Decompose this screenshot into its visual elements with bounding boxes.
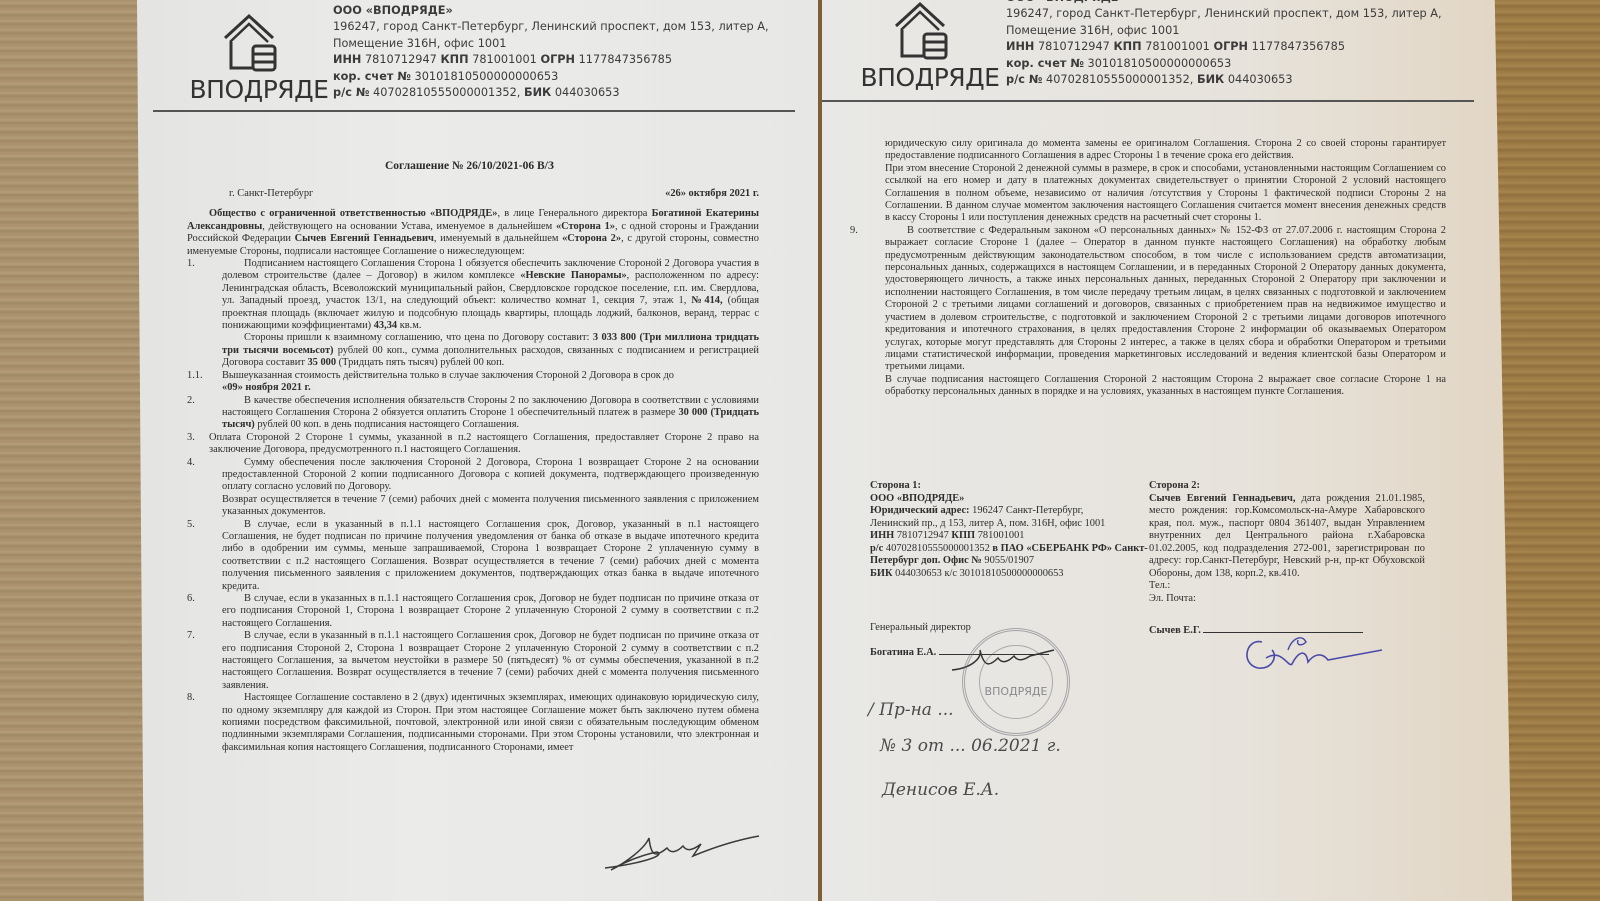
clause-8-continued: юридическую силу оригинала до момента за… xyxy=(850,138,1446,225)
company-address-line2: Помещение 316Н, офис 1001 xyxy=(1006,23,1442,39)
clause-1-price: Стороны пришли к взаимному соглашению, ч… xyxy=(222,332,759,369)
agreement-page-2: ВПОДРЯДЕ ООО «ВПОДРЯДЕ» 196247, город Са… xyxy=(822,0,1512,901)
party1-bik: БИК 044030653 к/с 30101810500000000653 xyxy=(870,568,1150,581)
party1-ids: ИНН 7810712947 КПП 781001001 xyxy=(870,530,1150,543)
agreement-body-page1: г. Санкт-Петербург «26» октября 2021 г. … xyxy=(187,188,759,754)
company-logo: ВПОДРЯДЕ xyxy=(860,0,1000,92)
clause-7: 7. В случае, если в указанный в п.1.1 на… xyxy=(187,630,759,692)
handwritten-signature-icon xyxy=(597,826,767,876)
clause-3: 3. Оплата Стороной 2 Стороне 1 суммы, ук… xyxy=(187,432,759,457)
company-name: ООО «ВПОДРЯДЕ» xyxy=(1006,0,1126,4)
company-ids: ИНН 7810712947 КПП 781001001 ОГРН 117784… xyxy=(333,52,769,68)
clause-6: 6. В случае, если в указанных в п.1.1 на… xyxy=(187,593,759,630)
company-kor-account: кор. счет № 30101810500000000653 xyxy=(333,69,769,85)
clause-1-1: 1.1. Вышеуказанная стоимость действитель… xyxy=(187,370,759,395)
letterhead-divider xyxy=(822,100,1474,102)
party1-name: ООО «ВПОДРЯДЕ» xyxy=(870,493,964,504)
agreement-body-page2: юридическую силу оригинала до момента за… xyxy=(850,138,1446,399)
handwritten-note-1: / Пр-на ... xyxy=(868,700,954,720)
clause-8: 8. Настоящее Соглашение составлено в 2 (… xyxy=(187,692,759,754)
stamp-text: ВПОДРЯДЕ xyxy=(965,685,1067,698)
party2-heading: Сторона 2: xyxy=(1149,480,1200,491)
party1-address: Юридический адрес: 196247 Санкт-Петербур… xyxy=(870,505,1150,518)
party1-address-2: Ленинский пр., д 153, литер А, пом. 316Н… xyxy=(870,518,1150,531)
company-ids: ИНН 7810712947 КПП 781001001 ОГРН 117784… xyxy=(1006,39,1442,55)
party1-heading: Сторона 1: xyxy=(870,480,921,491)
company-bank-account: р/с № 40702810555000001352, БИК 04403065… xyxy=(1006,72,1442,88)
letterhead-divider xyxy=(153,110,795,112)
logo-wordmark: ВПОДРЯДЕ xyxy=(189,75,329,104)
company-requisites: ООО «ВПОДРЯДЕ» 196247, город Санкт-Петер… xyxy=(333,3,769,101)
company-stamp: ВПОДРЯДЕ xyxy=(962,628,1070,736)
party2-phone-label: Тел.: xyxy=(1149,580,1425,593)
preamble: Общество с ограниченной ответственностью… xyxy=(187,208,759,258)
clause-9: 9. В соответствие с Федеральным законом … xyxy=(850,225,1446,399)
party1-bank: р/с 40702810555000001352 в ПАО «СБЕРБАНК… xyxy=(870,543,1150,568)
house-with-database-icon xyxy=(892,0,954,62)
party2-email-label: Эл. Почта: xyxy=(1149,593,1425,606)
house-with-database-icon xyxy=(221,12,283,74)
party2-signature-icon xyxy=(1232,628,1392,678)
agreement-title: Соглашение № 26/10/2021-06 В/З xyxy=(385,160,554,172)
company-address-line2: Помещение 316Н, офис 1001 xyxy=(333,36,769,52)
company-requisites: ООО «ВПОДРЯДЕ» 196247, город Санкт-Петер… xyxy=(1006,0,1442,88)
clause-2: 2. В качестве обеспечения исполнения обя… xyxy=(187,395,759,432)
clause-1: 1. Подписанием настоящего Соглашения Сто… xyxy=(187,258,759,370)
company-address-line1: 196247, город Санкт-Петербург, Ленинский… xyxy=(1006,6,1442,22)
clause-5: 5. В случае, если в указанный в п.1.1 на… xyxy=(187,519,759,593)
handwritten-note-3: Денисов Е.А. xyxy=(882,780,999,800)
letterhead: ВПОДРЯДЕ ООО «ВПОДРЯДЕ» 196247, город Са… xyxy=(822,0,1512,110)
logo-wordmark: ВПОДРЯДЕ xyxy=(860,63,1000,92)
company-bank-account: р/с № 40702810555000001352, БИК 04403065… xyxy=(333,85,769,101)
party2-info: Сычев Евгений Геннадьевич, дата рождения… xyxy=(1149,493,1425,581)
party2-details: Сторона 2: Сычев Евгений Геннадьевич, да… xyxy=(1149,480,1425,638)
company-kor-account: кор. счет № 30101810500000000653 xyxy=(1006,56,1442,72)
agreement-page-1: ВПОДРЯДЕ ООО «ВПОДРЯДЕ» 196247, город Са… xyxy=(137,0,819,901)
agreement-date: «26» октября 2021 г. xyxy=(665,188,759,200)
city-date-row: г. Санкт-Петербург «26» октября 2021 г. xyxy=(187,188,759,200)
clause-4: 4. Сумму обеспечения после заключения Ст… xyxy=(187,457,759,519)
handwritten-note-2: № 3 от ... 06.2021 г. xyxy=(880,736,1061,756)
company-logo: ВПОДРЯДЕ xyxy=(189,4,329,104)
company-name: ООО «ВПОДРЯДЕ» xyxy=(333,4,453,17)
agreement-city: г. Санкт-Петербург xyxy=(229,188,313,200)
letterhead: ВПОДРЯДЕ ООО «ВПОДРЯДЕ» 196247, город Са… xyxy=(137,0,819,110)
company-address-line1: 196247, город Санкт-Петербург, Ленинский… xyxy=(333,19,769,35)
